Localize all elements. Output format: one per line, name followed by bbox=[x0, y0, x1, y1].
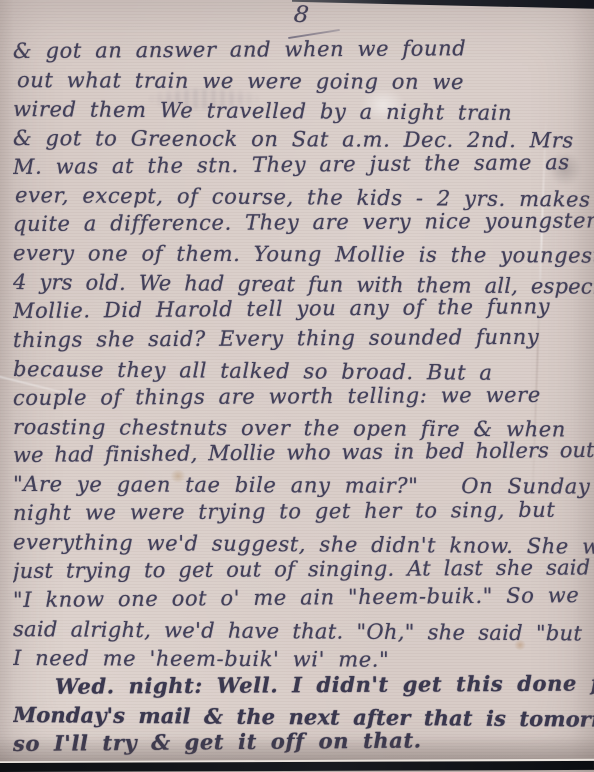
handwritten-line: wired them We travelled by a night train bbox=[13, 95, 594, 128]
handwritten-line: night we were trying to get her to sing,… bbox=[13, 496, 594, 528]
letter-body: & got an answer and when we foundout wha… bbox=[13, 37, 594, 760]
handwritten-line: Wed. night: Well. I didn't get this done… bbox=[13, 669, 594, 701]
handwritten-line: things she said? Every thing sounded fun… bbox=[13, 322, 594, 354]
handwritten-line: every one of them. Young Mollie is the y… bbox=[13, 239, 594, 270]
letter-page: 8 & got an answer and when we foundout w… bbox=[0, 0, 594, 772]
handwritten-line: we had finished, Mollie who was in bed h… bbox=[13, 436, 594, 470]
page-number: 8 bbox=[293, 1, 310, 28]
handwritten-line: quite a difference. They are very nice y… bbox=[13, 207, 594, 239]
handwritten-line: couple of things are worth telling: we w… bbox=[13, 380, 594, 412]
scanner-edge-top bbox=[292, 0, 594, 10]
handwritten-line: Mollie. Did Harold tell you any of the f… bbox=[13, 292, 594, 326]
handwritten-line: & got an answer and when we found bbox=[13, 37, 594, 66]
handwritten-line: M. was at the stn. They are just the sam… bbox=[13, 147, 594, 181]
handwritten-line: out what train we were going on we bbox=[13, 66, 594, 97]
handwritten-line: said alright, we'd have that. "Oh," she … bbox=[13, 615, 594, 648]
handwritten-line: "I know one oot o' me ain "heem-buik." S… bbox=[13, 581, 594, 615]
handwritten-line: so I'll try & get it off on that. bbox=[13, 725, 594, 759]
scanner-edge-bottom bbox=[0, 761, 594, 772]
